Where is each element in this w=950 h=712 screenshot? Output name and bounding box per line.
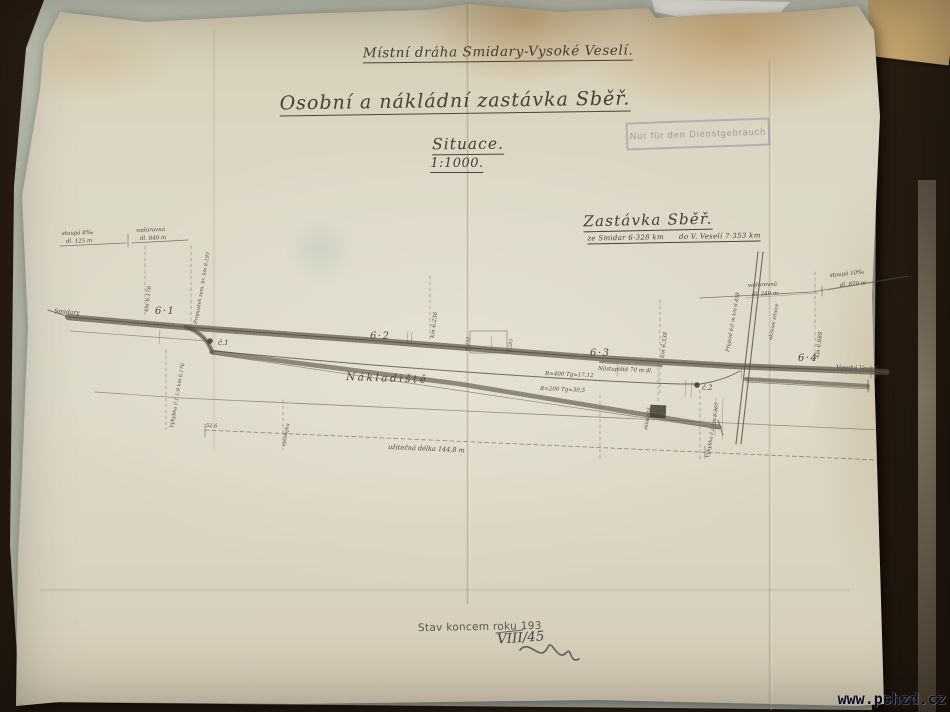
useful-length-line xyxy=(205,430,878,460)
km-marker-6-3: 6·3 xyxy=(590,348,610,359)
label-km6236: km 6.236 xyxy=(430,311,439,338)
label-silnice: okresní silnice xyxy=(767,303,780,340)
switch2-symbol xyxy=(694,382,700,388)
gradient-line-right xyxy=(700,276,908,298)
label-vykolejka: výkolejka xyxy=(280,423,291,448)
label-nakladiste: Nákladiště xyxy=(345,371,429,386)
stub-track-ticks xyxy=(746,379,868,386)
photo-of-archival-plan: Místní dráha Smidary-Vysoké Veselí. Osob… xyxy=(0,0,950,712)
label-switch1: č.1 xyxy=(218,339,229,347)
grade-right-2b: dl. 870 m xyxy=(840,280,867,289)
track-plan-drawing: 6·1 6·2 6·3 6·4 Smidary Vysoké Veselí Ná… xyxy=(0,0,950,712)
label-nastupiste: Nástupiště 70 m dl. xyxy=(597,365,653,374)
label-smidary: Smidary xyxy=(54,308,80,317)
km-marker-6-1: 6·1 xyxy=(155,306,175,317)
grade-left-1: stoupá 8‰ xyxy=(62,229,94,237)
road-crossing xyxy=(736,252,763,444)
label-dim526: 52,6 xyxy=(206,423,218,429)
grade-right-1: vodorovná xyxy=(748,280,777,289)
label-km6338: km 6.338 xyxy=(660,331,669,358)
label-vyhybka1: Výhybka č.1 1:9 km 6.176 xyxy=(168,362,186,429)
label-km6680: km 6.680 xyxy=(815,331,824,358)
switch1-symbol xyxy=(207,338,213,344)
tangent-line xyxy=(70,331,208,341)
label-useful-length: užitečná délka 144,8 m xyxy=(388,443,465,454)
grade-left-1b: dl. 125 m xyxy=(66,238,92,245)
grade-left-2: vodorovná xyxy=(136,226,165,234)
label-r200: R=200 Tg=30,5 xyxy=(539,386,586,394)
grade-right-1b: dl. 240 m xyxy=(752,291,779,298)
label-vyhybka2: Výhybka č.2 km 6.367 xyxy=(704,401,721,458)
watermark: www.pshzd.cz xyxy=(838,690,946,708)
label-km6176: km 6.176 xyxy=(144,285,153,312)
date-note: VIII/45 xyxy=(496,628,544,647)
grade-left-2b: dl. 840 m xyxy=(140,235,166,242)
label-prejezd: Přejezd 6,0 m km 6.458 xyxy=(724,292,742,353)
km-marker-6-2: 6·2 xyxy=(370,331,390,342)
label-propustek: Propustek zem. br. km 6.193 xyxy=(193,252,212,326)
label-switch2: č.2 xyxy=(702,384,713,392)
label-vysoke-veseli: Vysoké Veselí xyxy=(836,364,878,372)
grade-right-2: stoupá 10‰ xyxy=(829,268,864,279)
signature-squiggle xyxy=(520,645,579,660)
